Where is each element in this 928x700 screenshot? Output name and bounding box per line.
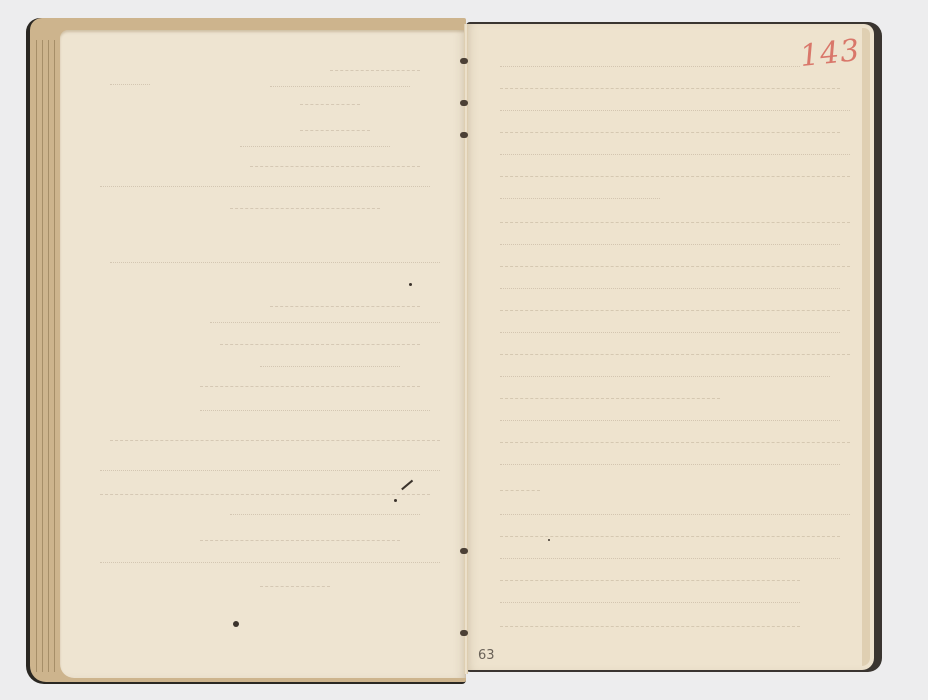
bleed-through-line <box>200 410 430 411</box>
ink-spot <box>394 499 397 502</box>
ink-spot <box>409 283 412 286</box>
bleed-through-line <box>100 562 440 563</box>
binding-stitch <box>460 58 468 64</box>
page-edge-line <box>48 40 49 672</box>
bleed-through-line <box>500 442 850 443</box>
bleed-through-line <box>300 104 360 105</box>
folio-number: 143 <box>798 33 862 74</box>
left-page <box>60 30 466 678</box>
bleed-through-line <box>260 586 330 587</box>
bleed-through-line <box>110 440 440 441</box>
bleed-through-line <box>210 322 440 323</box>
bleed-through-line <box>100 470 440 471</box>
bleed-through-line <box>110 84 150 85</box>
bleed-through-line <box>110 262 440 263</box>
bleed-through-line <box>250 166 420 167</box>
bleed-through-line <box>500 288 840 289</box>
bleed-through-line <box>230 208 380 209</box>
notebook-scan: 143 63 <box>0 0 928 700</box>
bleed-through-line <box>500 514 850 515</box>
bleed-through-line <box>500 310 850 311</box>
bleed-through-line <box>500 154 850 155</box>
bleed-through-line <box>300 130 370 131</box>
binding-stitch <box>460 630 468 636</box>
bleed-through-line <box>500 110 850 111</box>
bleed-through-line <box>270 306 420 307</box>
binding-stitch <box>460 132 468 138</box>
bleed-through-line <box>260 366 400 367</box>
right-page <box>466 24 874 670</box>
bleed-through-line <box>200 540 400 541</box>
bleed-through-line <box>500 420 840 421</box>
bleed-through-line <box>500 354 850 355</box>
binding-stitch <box>460 100 468 106</box>
ink-spot <box>233 621 239 627</box>
bleed-through-line <box>500 132 840 133</box>
bleed-through-line <box>500 244 840 245</box>
bleed-through-line <box>500 580 800 581</box>
page-edge-line <box>36 40 37 672</box>
bleed-through-line <box>500 88 840 89</box>
bleed-through-line <box>500 558 840 559</box>
bleed-through-line <box>500 490 540 491</box>
right-page-edge <box>862 28 870 666</box>
bleed-through-line <box>100 494 430 495</box>
binding-gutter <box>464 24 468 674</box>
bleed-through-line <box>220 344 420 345</box>
bleed-through-line <box>500 398 720 399</box>
bleed-through-line <box>500 66 800 67</box>
bleed-through-line <box>500 626 800 627</box>
bleed-through-line <box>200 386 420 387</box>
binding-stitch <box>460 548 468 554</box>
bleed-through-line <box>270 86 410 87</box>
bleed-through-line <box>500 536 840 537</box>
bleed-through-line <box>500 176 850 177</box>
page-edge-line <box>54 40 55 672</box>
bleed-through-line <box>500 198 660 199</box>
page-edge-line <box>42 40 43 672</box>
page-number: 63 <box>478 648 495 663</box>
bleed-through-line <box>500 332 840 333</box>
bleed-through-line <box>330 70 420 71</box>
bleed-through-line <box>100 186 430 187</box>
bleed-through-line <box>230 514 420 515</box>
bleed-through-line <box>240 146 390 147</box>
bleed-through-line <box>500 464 840 465</box>
bleed-through-line <box>500 602 800 603</box>
bleed-through-line <box>500 266 850 267</box>
bleed-through-line <box>500 376 830 377</box>
bleed-through-line <box>500 222 850 223</box>
